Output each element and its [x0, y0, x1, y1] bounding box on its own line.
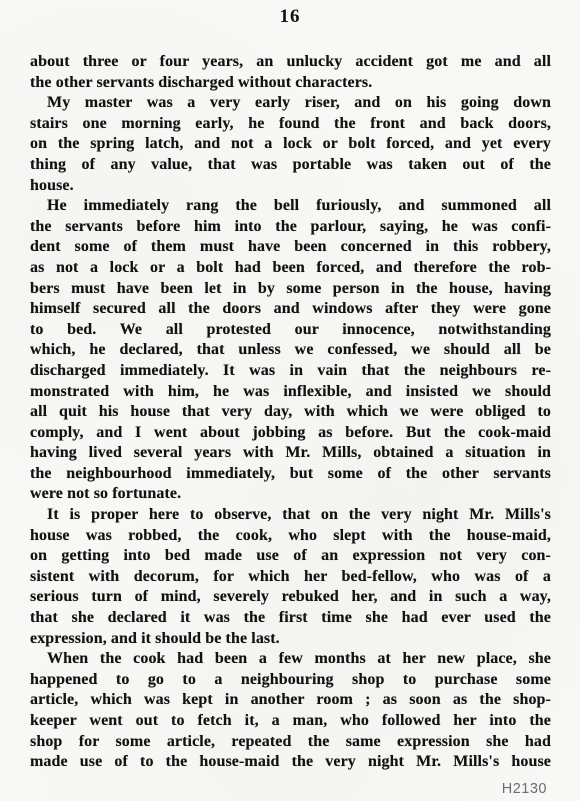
text-line: which, he declared, that unless we confe…: [30, 340, 551, 361]
paragraph: about three or four years, an unlucky ac…: [30, 52, 551, 93]
text-line: expression, and it should be the last.: [30, 629, 551, 650]
text-line: comply, and I went about jobbing as befo…: [30, 423, 551, 444]
text-line: that she declared it was the first time …: [30, 608, 551, 629]
text-line: himself secured all the doors and window…: [30, 299, 551, 320]
text-line: were not so fortunate.: [30, 484, 551, 505]
text-line: dent some of them must have been concern…: [30, 237, 551, 258]
text-line: having lived several years with Mr. Mill…: [30, 443, 551, 464]
watermark-code: H2130: [502, 781, 547, 797]
paragraph: My master was a very early riser, and on…: [30, 93, 551, 196]
text-line: house.: [30, 176, 551, 197]
text-line: discharged immediately. It was in vain t…: [30, 361, 551, 382]
paragraph: When the cook had been a few months at h…: [30, 649, 551, 773]
paragraph: He immediately rang the bell furiously, …: [30, 196, 551, 505]
text-line: monstrated with him, he was inflexible, …: [30, 382, 551, 403]
text-line: It is proper here to observe, that on th…: [30, 505, 551, 526]
text-line: shop for some article, repeated the same…: [30, 732, 551, 753]
text-line: stairs one morning early, he found the f…: [30, 114, 551, 135]
text-line: house was robbed, the cook, who slept wi…: [30, 526, 551, 547]
text-line: to bed. We all protested our innocence, …: [30, 320, 551, 341]
text-line: as not a lock or a bolt had been forced,…: [30, 258, 551, 279]
text-line: about three or four years, an unlucky ac…: [30, 52, 551, 73]
text-line: happened to go to a neighbouring shop to…: [30, 670, 551, 691]
text-line: keeper went out to fetch it, a man, who …: [30, 711, 551, 732]
text-line: My master was a very early riser, and on…: [30, 93, 551, 114]
text-line: serious turn of mind, severely rebuked h…: [30, 587, 551, 608]
text-line: thing of any value, that was portable wa…: [30, 155, 551, 176]
body-text: about three or four years, an unlucky ac…: [30, 52, 551, 773]
text-line: the neighbourhood immediately, but some …: [30, 464, 551, 485]
text-line: on the spring latch, and not a lock or b…: [30, 134, 551, 155]
text-line: all quit his house that very day, with w…: [30, 402, 551, 423]
text-line: on getting into bed made use of an expre…: [30, 546, 551, 567]
text-line: the servants before him into the parlour…: [30, 217, 551, 238]
text-line: article, which was kept in another room …: [30, 690, 551, 711]
text-line: the other servants discharged without ch…: [30, 73, 551, 94]
text-line: He immediately rang the bell furiously, …: [30, 196, 551, 217]
text-line: bers must have been let in by some perso…: [30, 279, 551, 300]
text-line: made use of to the house-maid the very n…: [30, 752, 551, 773]
paragraph: It is proper here to observe, that on th…: [30, 505, 551, 649]
text-line: When the cook had been a few months at h…: [30, 649, 551, 670]
page-number: 16: [0, 6, 580, 28]
text-line: sistent with decorum, for which her bed-…: [30, 567, 551, 588]
